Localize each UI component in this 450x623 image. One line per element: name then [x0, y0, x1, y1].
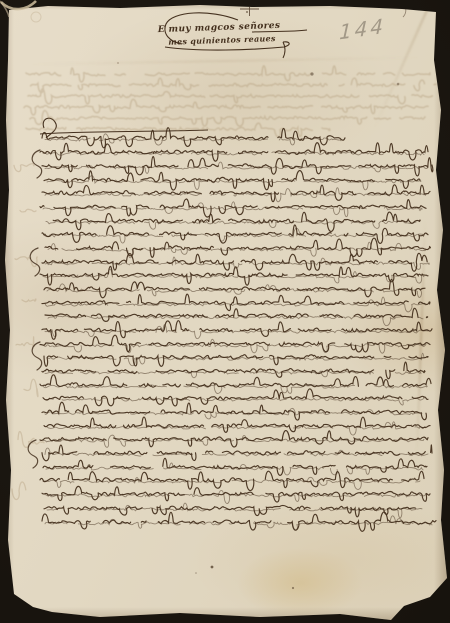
bleedthrough-script — [24, 66, 436, 137]
top-right-pen-tick — [403, 5, 406, 17]
adjacent-page-corner-stroke — [0, 0, 60, 20]
left-margin-curls — [28, 150, 42, 468]
ink-specks — [117, 11, 421, 589]
first-line-overbar — [40, 130, 208, 134]
opening-initial-flourish — [43, 118, 56, 138]
photograph-background: E muy magcos señores mes quinientos reau… — [0, 0, 450, 623]
handwriting-layer — [0, 0, 450, 623]
manuscript-page: E muy magcos señores mes quinientos reau… — [0, 0, 450, 623]
body-script — [40, 128, 436, 532]
cross-mark — [240, 3, 259, 16]
header-inscription: E muy magcos señores mes quinientos reau… — [158, 21, 281, 47]
